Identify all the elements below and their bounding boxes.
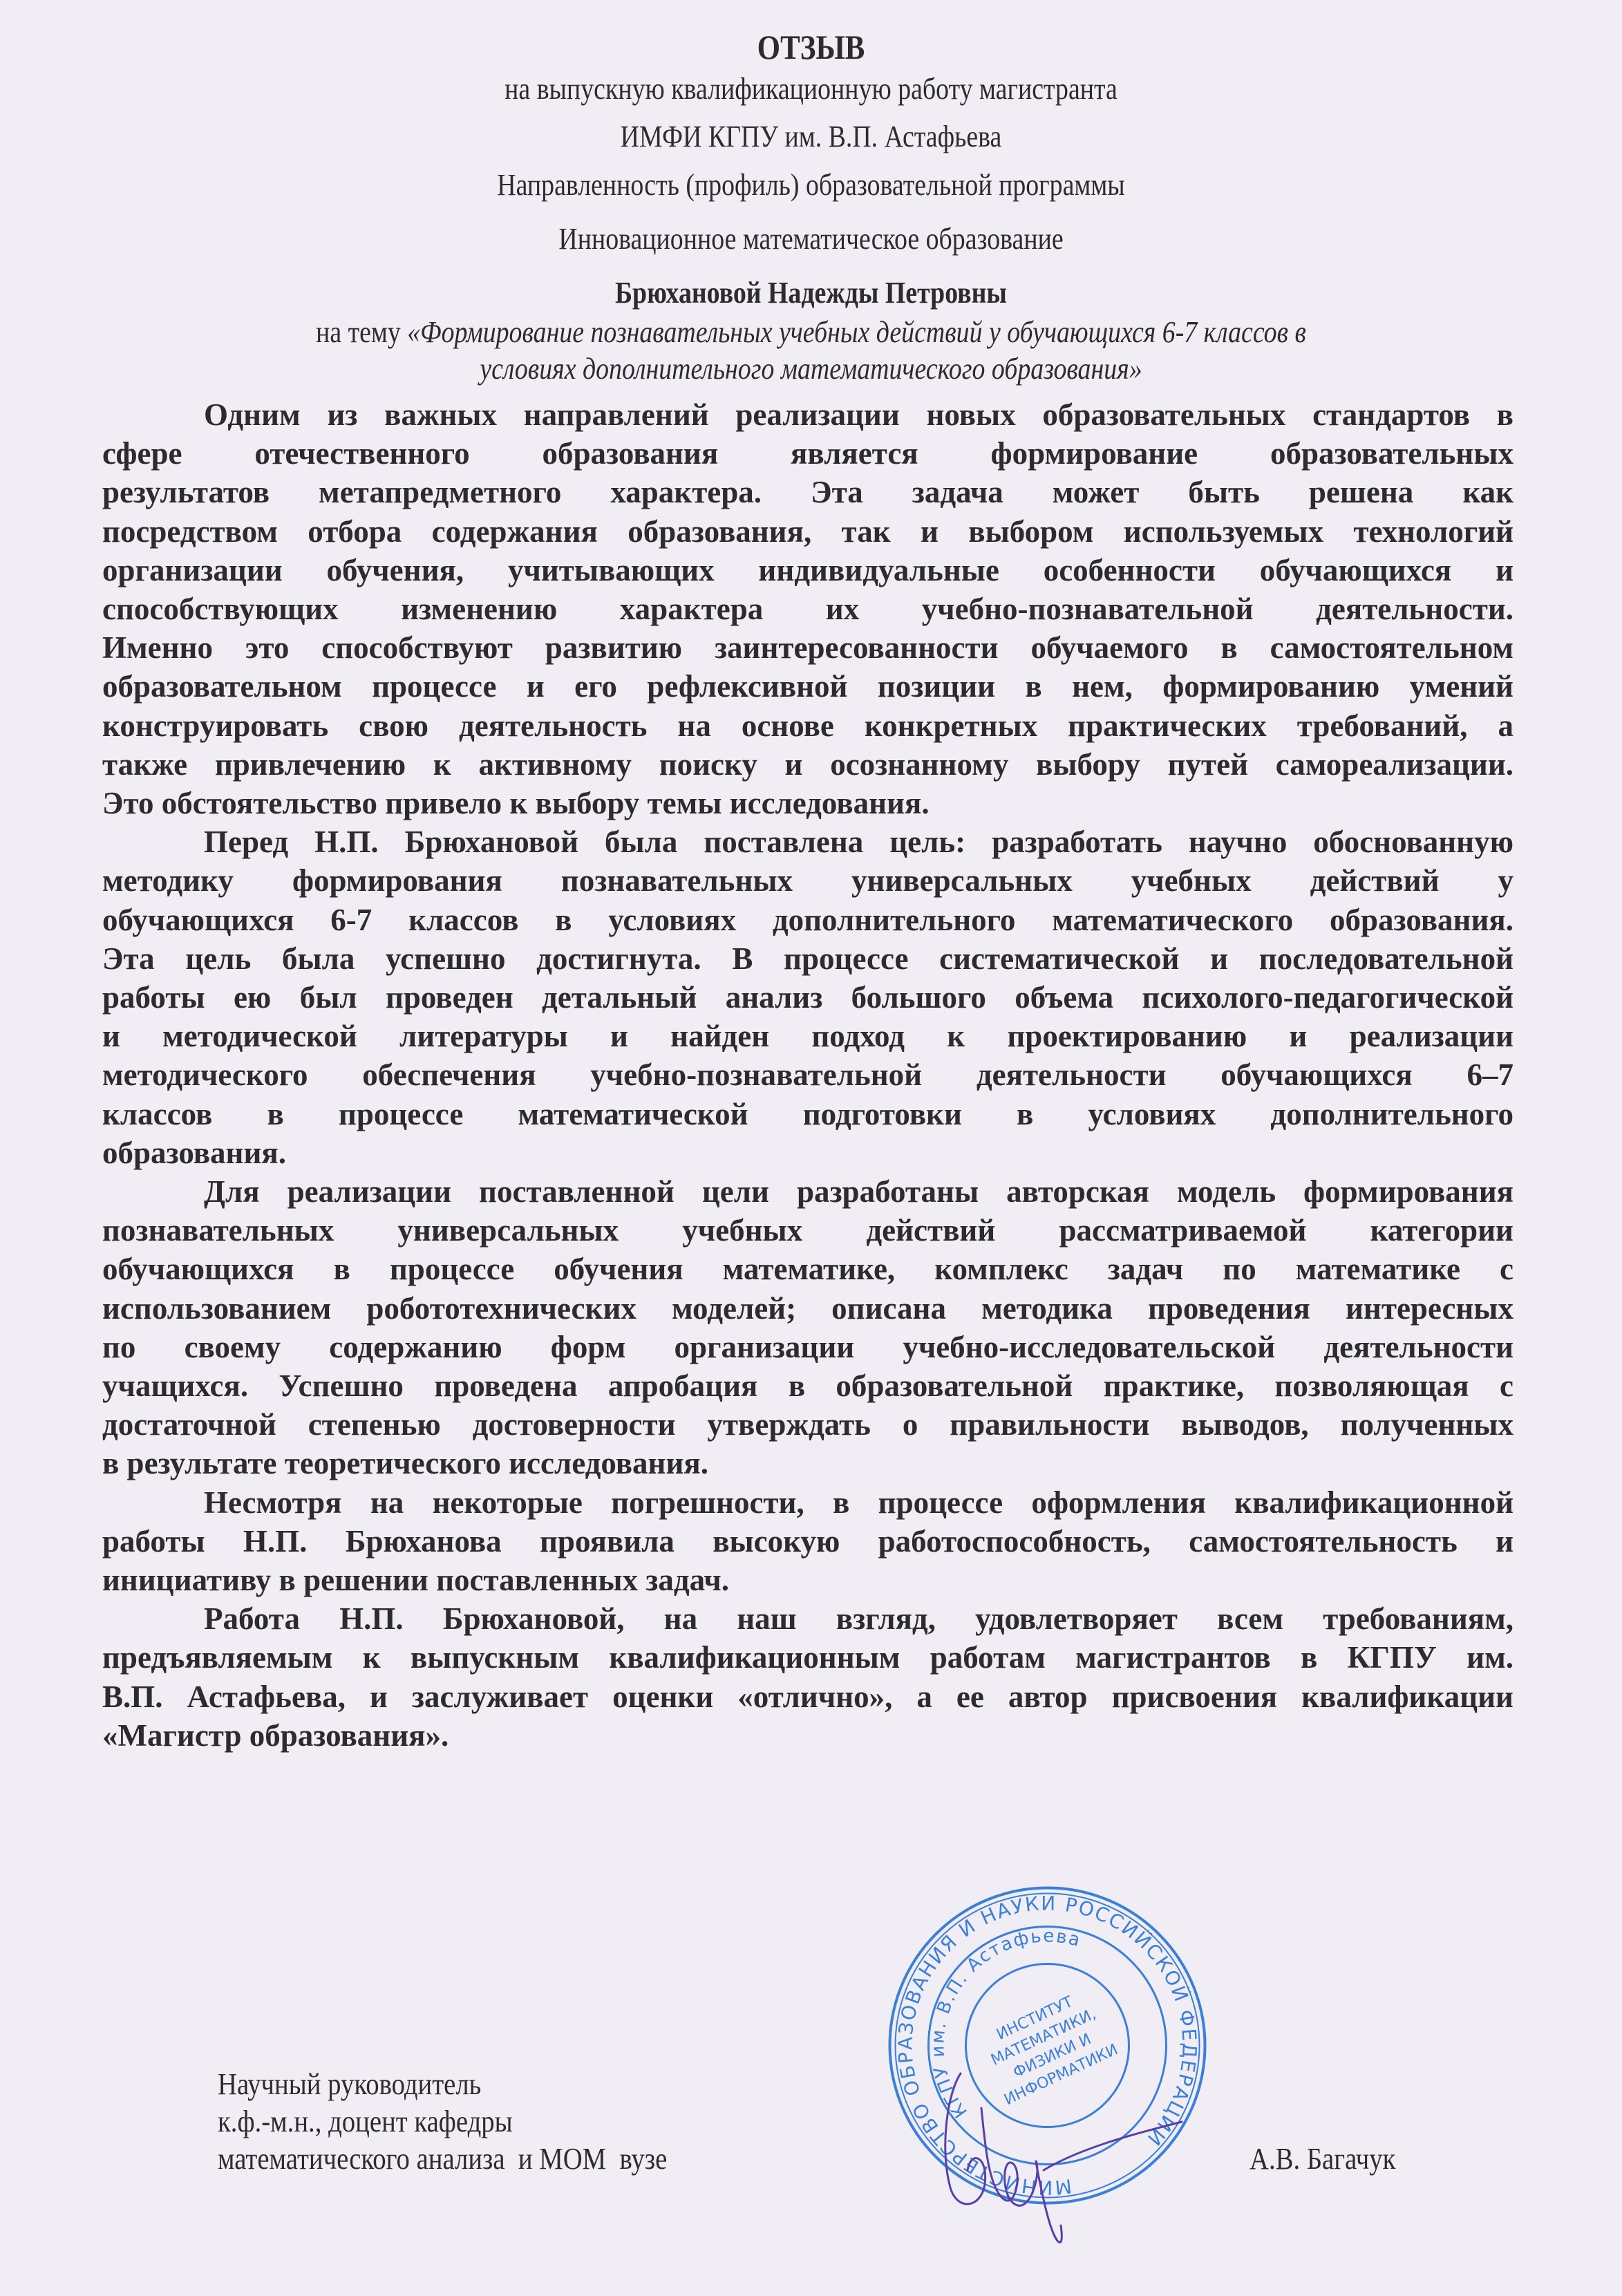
- body-line-text: Несмотря на некоторые погрешности, в про…: [102, 1483, 1513, 1522]
- body-line-text: В.П. Астафьева, и заслуживает оценки «от…: [102, 1677, 1513, 1716]
- body-line-text: обучающихся в процессе обучения математи…: [102, 1250, 1513, 1288]
- body-line-text: инициативу в решении поставленных задач.: [102, 1561, 1513, 1599]
- body-line: методику формирования познавательных уни…: [102, 861, 1513, 900]
- body-line: образовательном процессе и его рефлексив…: [102, 667, 1513, 706]
- body-line: Перед Н.П. Брюхановой была поставлена це…: [102, 822, 1513, 861]
- review-document: ОТЗЫВ на выпускную квалификационную рабо…: [0, 0, 1622, 2296]
- body-line: Несмотря на некоторые погрешности, в про…: [102, 1483, 1513, 1522]
- signature-role: Научный руководитель: [218, 2067, 481, 2102]
- body-line: «Магистр образования».: [102, 1716, 1513, 1755]
- body-line-text: познавательных универсальных учебных дей…: [102, 1211, 1513, 1250]
- body-line-text: конструировать свою деятельность на осно…: [102, 706, 1513, 745]
- body-line-text: по своему содержанию форм организации уч…: [102, 1328, 1513, 1366]
- body-line: Работа Н.П. Брюхановой, на наш взгляд, у…: [102, 1599, 1513, 1638]
- body-line: посредством отбора содержания образовани…: [102, 512, 1513, 551]
- body-line-text: работы ею был проведен детальный анализ …: [102, 978, 1513, 1017]
- body-line-text: классов в процессе математической подгот…: [102, 1095, 1513, 1133]
- body-line: обучающихся в процессе обучения математи…: [102, 1250, 1513, 1288]
- body-line-text: посредством отбора содержания образовани…: [102, 512, 1513, 551]
- header-line-institution: ИМФИ КГПУ им. В.П. Астафьева: [113, 119, 1508, 155]
- body-line-text: предъявляемым к выпускным квалификационн…: [102, 1638, 1513, 1677]
- body-line: работы ею был проведен детальный анализ …: [102, 978, 1513, 1017]
- topic-prefix: на тему: [316, 315, 407, 349]
- handwritten-signature-icon: [919, 2067, 1196, 2253]
- body-line-text: результатов метапредметного характера. Э…: [102, 473, 1513, 511]
- body-line: сфере отечественного образования являетс…: [102, 434, 1513, 473]
- body-line: организации обучения, учитывающих индиви…: [102, 551, 1513, 590]
- topic-line-1: на тему «Формирование познавательных уче…: [113, 314, 1508, 350]
- body-line-text: использованием робототехнических моделей…: [102, 1289, 1513, 1328]
- body-line-text: методику формирования познавательных уни…: [102, 861, 1513, 900]
- body-line: предъявляемым к выпускным квалификационн…: [102, 1638, 1513, 1677]
- body-line-text: Для реализации поставленной цели разрабо…: [102, 1172, 1513, 1211]
- body-line-text: организации обучения, учитывающих индиви…: [102, 551, 1513, 590]
- body-line: также привлечению к активному поиску и о…: [102, 745, 1513, 784]
- body-line-text: также привлечению к активному поиску и о…: [102, 745, 1513, 784]
- body-line: методического обеспечения учебно-познава…: [102, 1055, 1513, 1094]
- header-line-purpose: на выпускную квалификационную работу маг…: [113, 71, 1508, 107]
- body-line-text: образовательном процессе и его рефлексив…: [102, 667, 1513, 706]
- topic-line-2: условиях дополнительного математического…: [113, 351, 1508, 387]
- body-line: образования.: [102, 1133, 1513, 1172]
- header-line-profile-value: Инновационное математическое образование: [113, 221, 1508, 257]
- body-line-text: работы Н.П. Брюханова проявила высокую р…: [102, 1522, 1513, 1561]
- signature-degree: к.ф.-м.н., доцент кафедры: [218, 2104, 513, 2140]
- body-line: по своему содержанию форм организации уч…: [102, 1328, 1513, 1366]
- header-line-profile-label: Направленность (профиль) образовательной…: [113, 167, 1508, 203]
- body-line-text: сфере отечественного образования являетс…: [102, 434, 1513, 473]
- body-line: учащихся. Успешно проведена апробация в …: [102, 1366, 1513, 1405]
- body-line-text: Именно это способствуют развитию заинтер…: [102, 628, 1513, 667]
- body-line: Для реализации поставленной цели разрабо…: [102, 1172, 1513, 1211]
- body-line: классов в процессе математической подгот…: [102, 1095, 1513, 1133]
- body-line: использованием робототехнических моделей…: [102, 1289, 1513, 1328]
- body-line: результатов метапредметного характера. Э…: [102, 473, 1513, 511]
- body-line-text: достаточной степенью достоверности утвер…: [102, 1405, 1513, 1444]
- body-line: познавательных универсальных учебных дей…: [102, 1211, 1513, 1250]
- body-line-text: образования.: [102, 1133, 1513, 1172]
- body-line: обучающихся 6-7 классов в условиях допол…: [102, 901, 1513, 939]
- student-name: Брюхановой Надежды Петровны: [113, 275, 1508, 311]
- body-line: Это обстоятельство привело к выбору темы…: [102, 784, 1513, 822]
- document-title: ОТЗЫВ: [113, 29, 1508, 65]
- body-line-text: и методической литературы и найден подхо…: [102, 1017, 1513, 1055]
- body-line-text: Это обстоятельство привело к выбору темы…: [102, 784, 1513, 822]
- body-line-text: Одним из важных направлений реализации н…: [102, 395, 1513, 434]
- body-line-text: учащихся. Успешно проведена апробация в …: [102, 1366, 1513, 1405]
- body-line-text: в результате теоретического исследования…: [102, 1444, 1513, 1483]
- body-line: в результате теоретического исследования…: [102, 1444, 1513, 1483]
- body-line-text: «Магистр образования».: [102, 1716, 1513, 1755]
- body-line-text: Работа Н.П. Брюхановой, на наш взгляд, у…: [102, 1599, 1513, 1638]
- body-line-text: способствующих изменению характера их уч…: [102, 590, 1513, 628]
- body-line: способствующих изменению характера их уч…: [102, 590, 1513, 628]
- body-line: Именно это способствуют развитию заинтер…: [102, 628, 1513, 667]
- body-line-text: Эта цель была успешно достигнута. В проц…: [102, 939, 1513, 978]
- body-line: В.П. Астафьева, и заслуживает оценки «от…: [102, 1677, 1513, 1716]
- body-line-text: обучающихся 6-7 классов в условиях допол…: [102, 901, 1513, 939]
- body-line: Одним из важных направлений реализации н…: [102, 395, 1513, 434]
- body-line: и методической литературы и найден подхо…: [102, 1017, 1513, 1055]
- signer-name: А.В. Багачук: [1249, 2141, 1395, 2177]
- body-line-text: методического обеспечения учебно-познава…: [102, 1055, 1513, 1094]
- signature-department: математического анализа и МОМ вузе: [218, 2141, 667, 2177]
- body-line: работы Н.П. Брюханова проявила высокую р…: [102, 1522, 1513, 1561]
- topic-title-part-1: «Формирование познавательных учебных дей…: [407, 315, 1306, 349]
- body-line: конструировать свою деятельность на осно…: [102, 706, 1513, 745]
- body-line: инициативу в решении поставленных задач.: [102, 1561, 1513, 1599]
- body-line: Эта цель была успешно достигнута. В проц…: [102, 939, 1513, 978]
- topic-title-part-2: условиях дополнительного математического…: [480, 352, 1142, 386]
- body-line-text: Перед Н.П. Брюхановой была поставлена це…: [102, 822, 1513, 861]
- body-line: достаточной степенью достоверности утвер…: [102, 1405, 1513, 1444]
